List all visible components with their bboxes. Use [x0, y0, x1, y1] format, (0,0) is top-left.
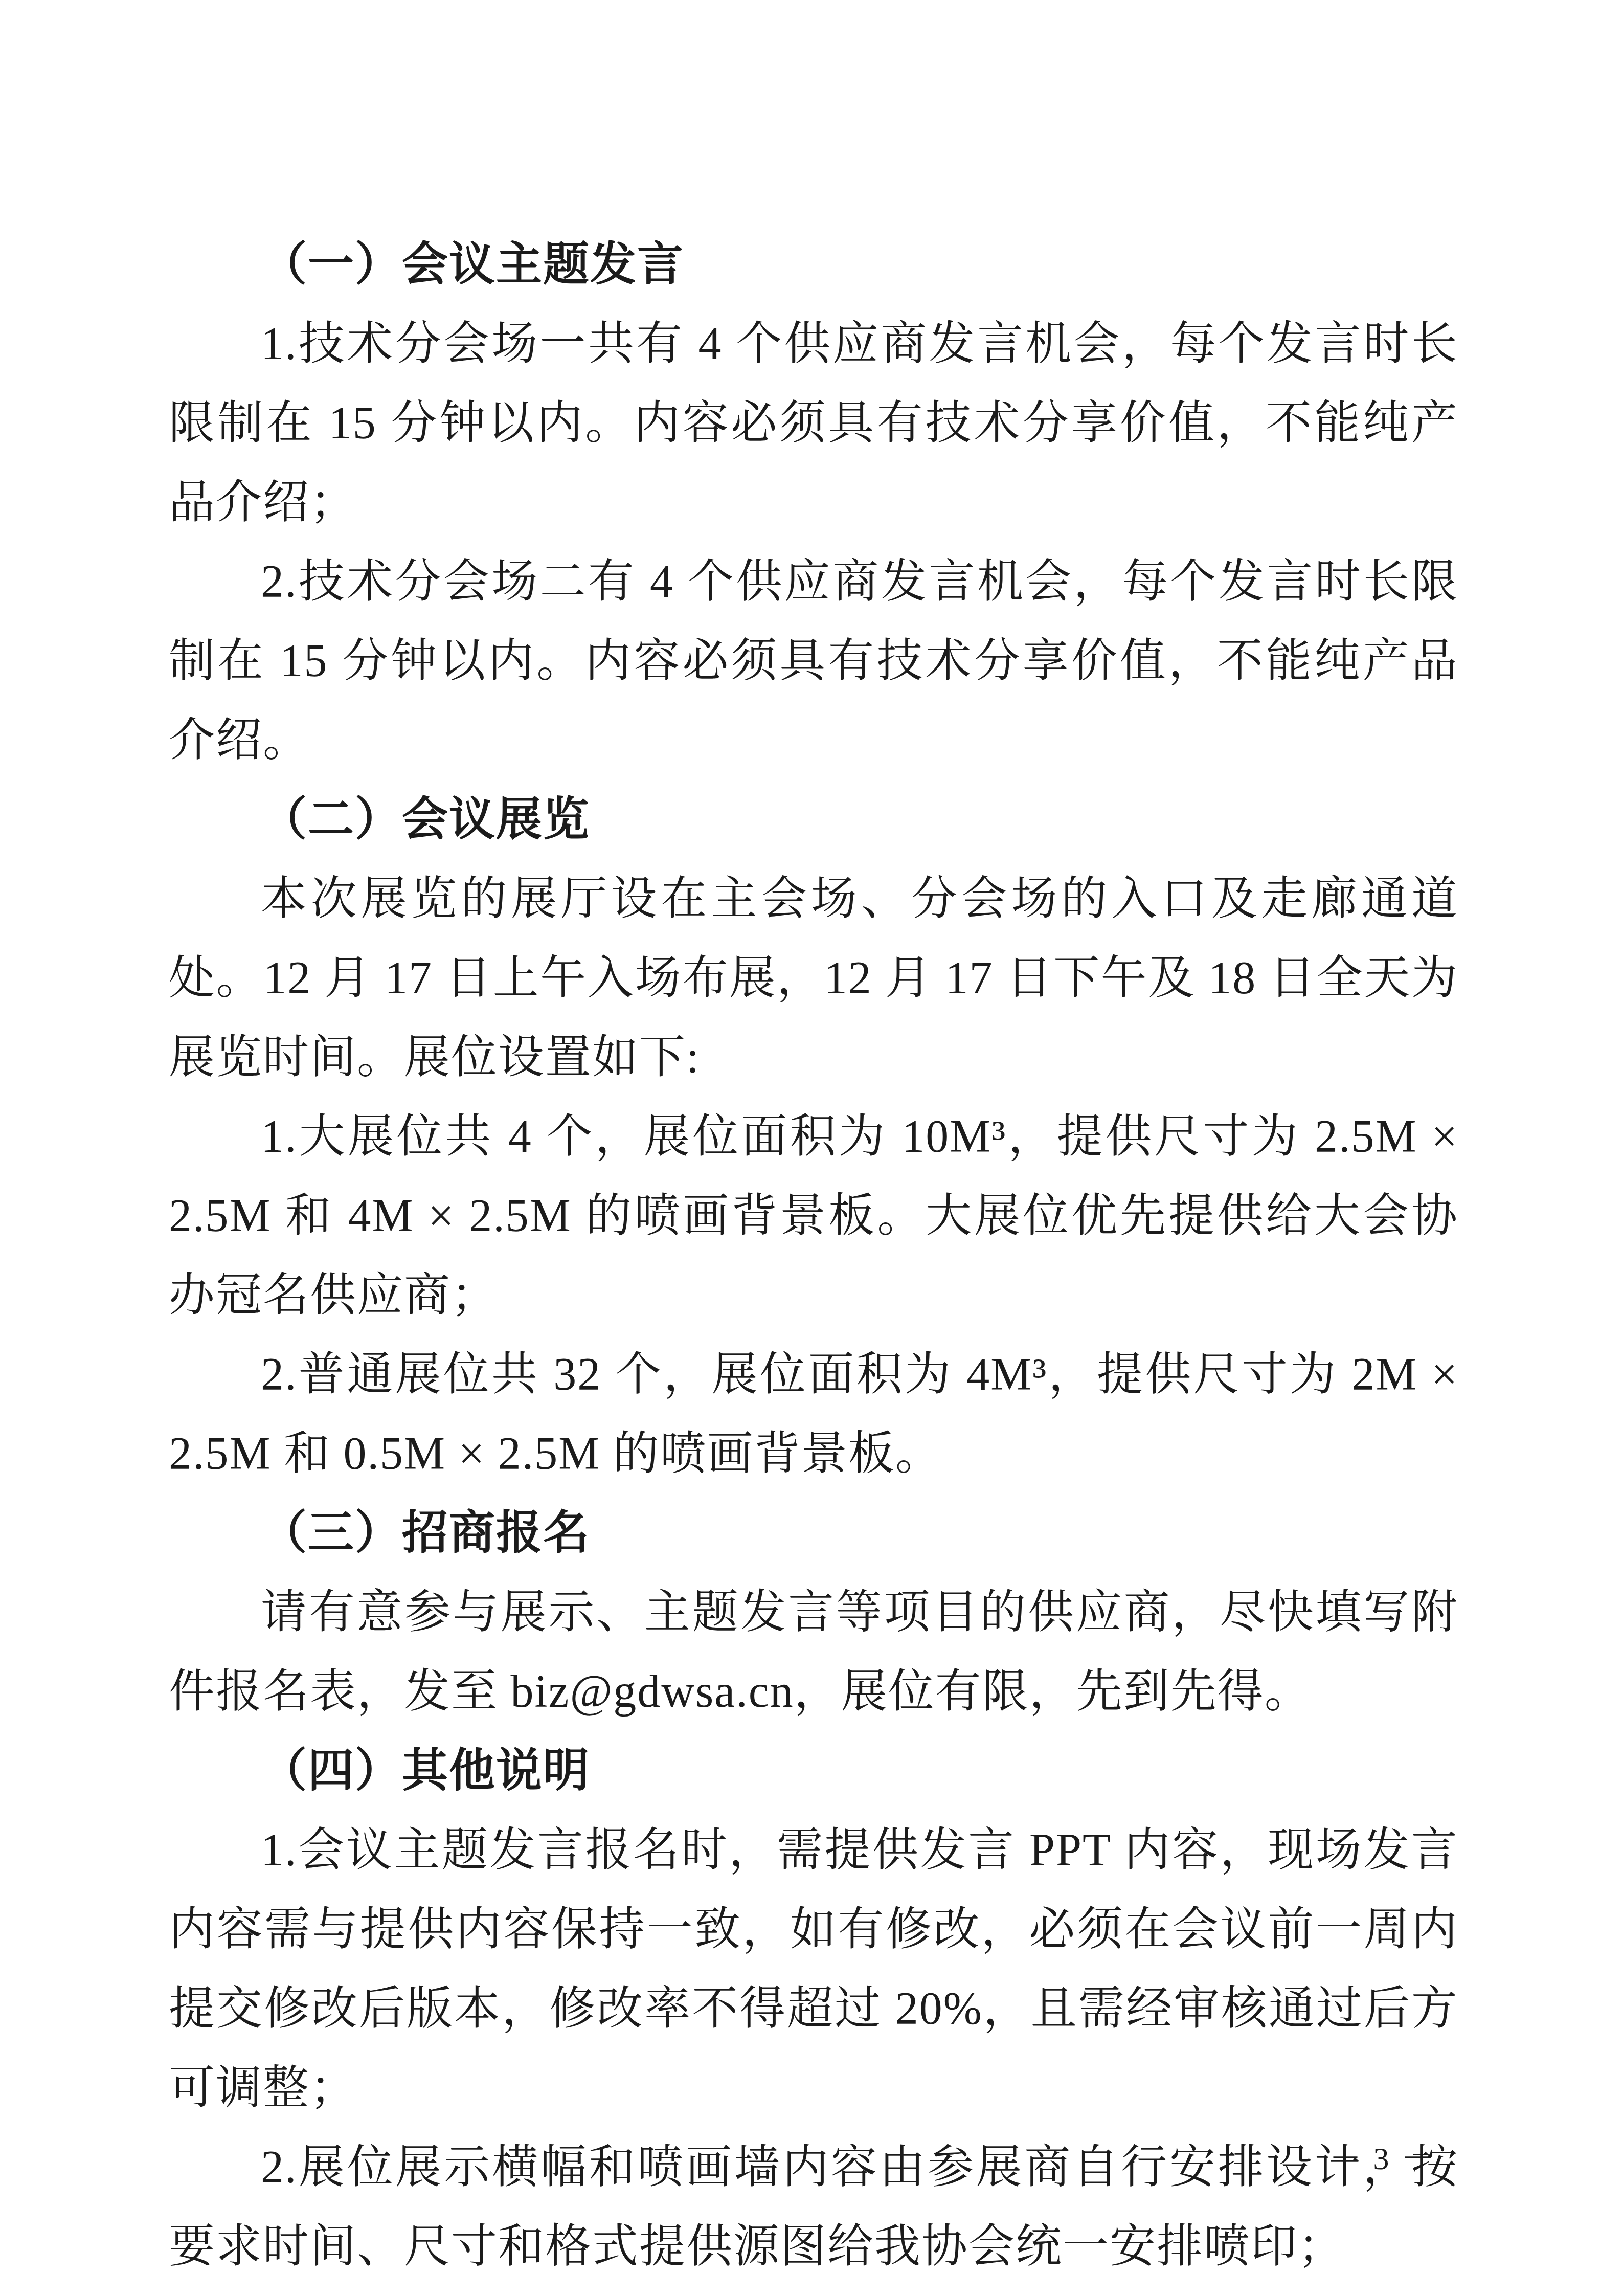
- document-page: （一）会议主题发言1.技术分会场一共有 4 个供应商发言机会，每个发言时长限制在…: [0, 0, 1623, 2296]
- paragraph: 2.技术分会场二有 4 个供应商发言机会，每个发言时长限制在 15 分钟以内。内…: [169, 542, 1458, 780]
- paragraph: 本次展览的展厅设在主会场、分会场的入口及走廊通道处。12 月 17 日上午入场布…: [169, 859, 1458, 1097]
- paragraph: 2.普通展位共 32 个，展位面积为 4M³，提供尺寸为 2M × 2.5M 和…: [169, 1335, 1458, 1493]
- paragraph: 1.大展位共 4 个，展位面积为 10M³，提供尺寸为 2.5M × 2.5M …: [169, 1097, 1458, 1335]
- section-heading: （二）会议展览: [169, 780, 1458, 859]
- section-heading: （四）其他说明: [169, 1731, 1458, 1811]
- page-number: － 3 －: [1329, 2143, 1435, 2175]
- document-body: （一）会议主题发言1.技术分会场一共有 4 个供应商发言机会，每个发言时长限制在…: [169, 225, 1458, 2286]
- paragraph: 2.展位展示横幅和喷画墙内容由参展商自行安排设计，按要求时间、尺寸和格式提供源图…: [169, 2128, 1458, 2286]
- paragraph: 1.会议主题发言报名时，需提供发言 PPT 内容，现场发言内容需与提供内容保持一…: [169, 1811, 1458, 2128]
- paragraph: 1.技术分会场一共有 4 个供应商发言机会，每个发言时长限制在 15 分钟以内。…: [169, 304, 1458, 542]
- section-heading: （一）会议主题发言: [169, 225, 1458, 304]
- paragraph: 请有意参与展示、主题发言等项目的供应商，尽快填写附件报名表，发至 biz@gdw…: [169, 1573, 1458, 1731]
- section-heading: （三）招商报名: [169, 1493, 1458, 1573]
